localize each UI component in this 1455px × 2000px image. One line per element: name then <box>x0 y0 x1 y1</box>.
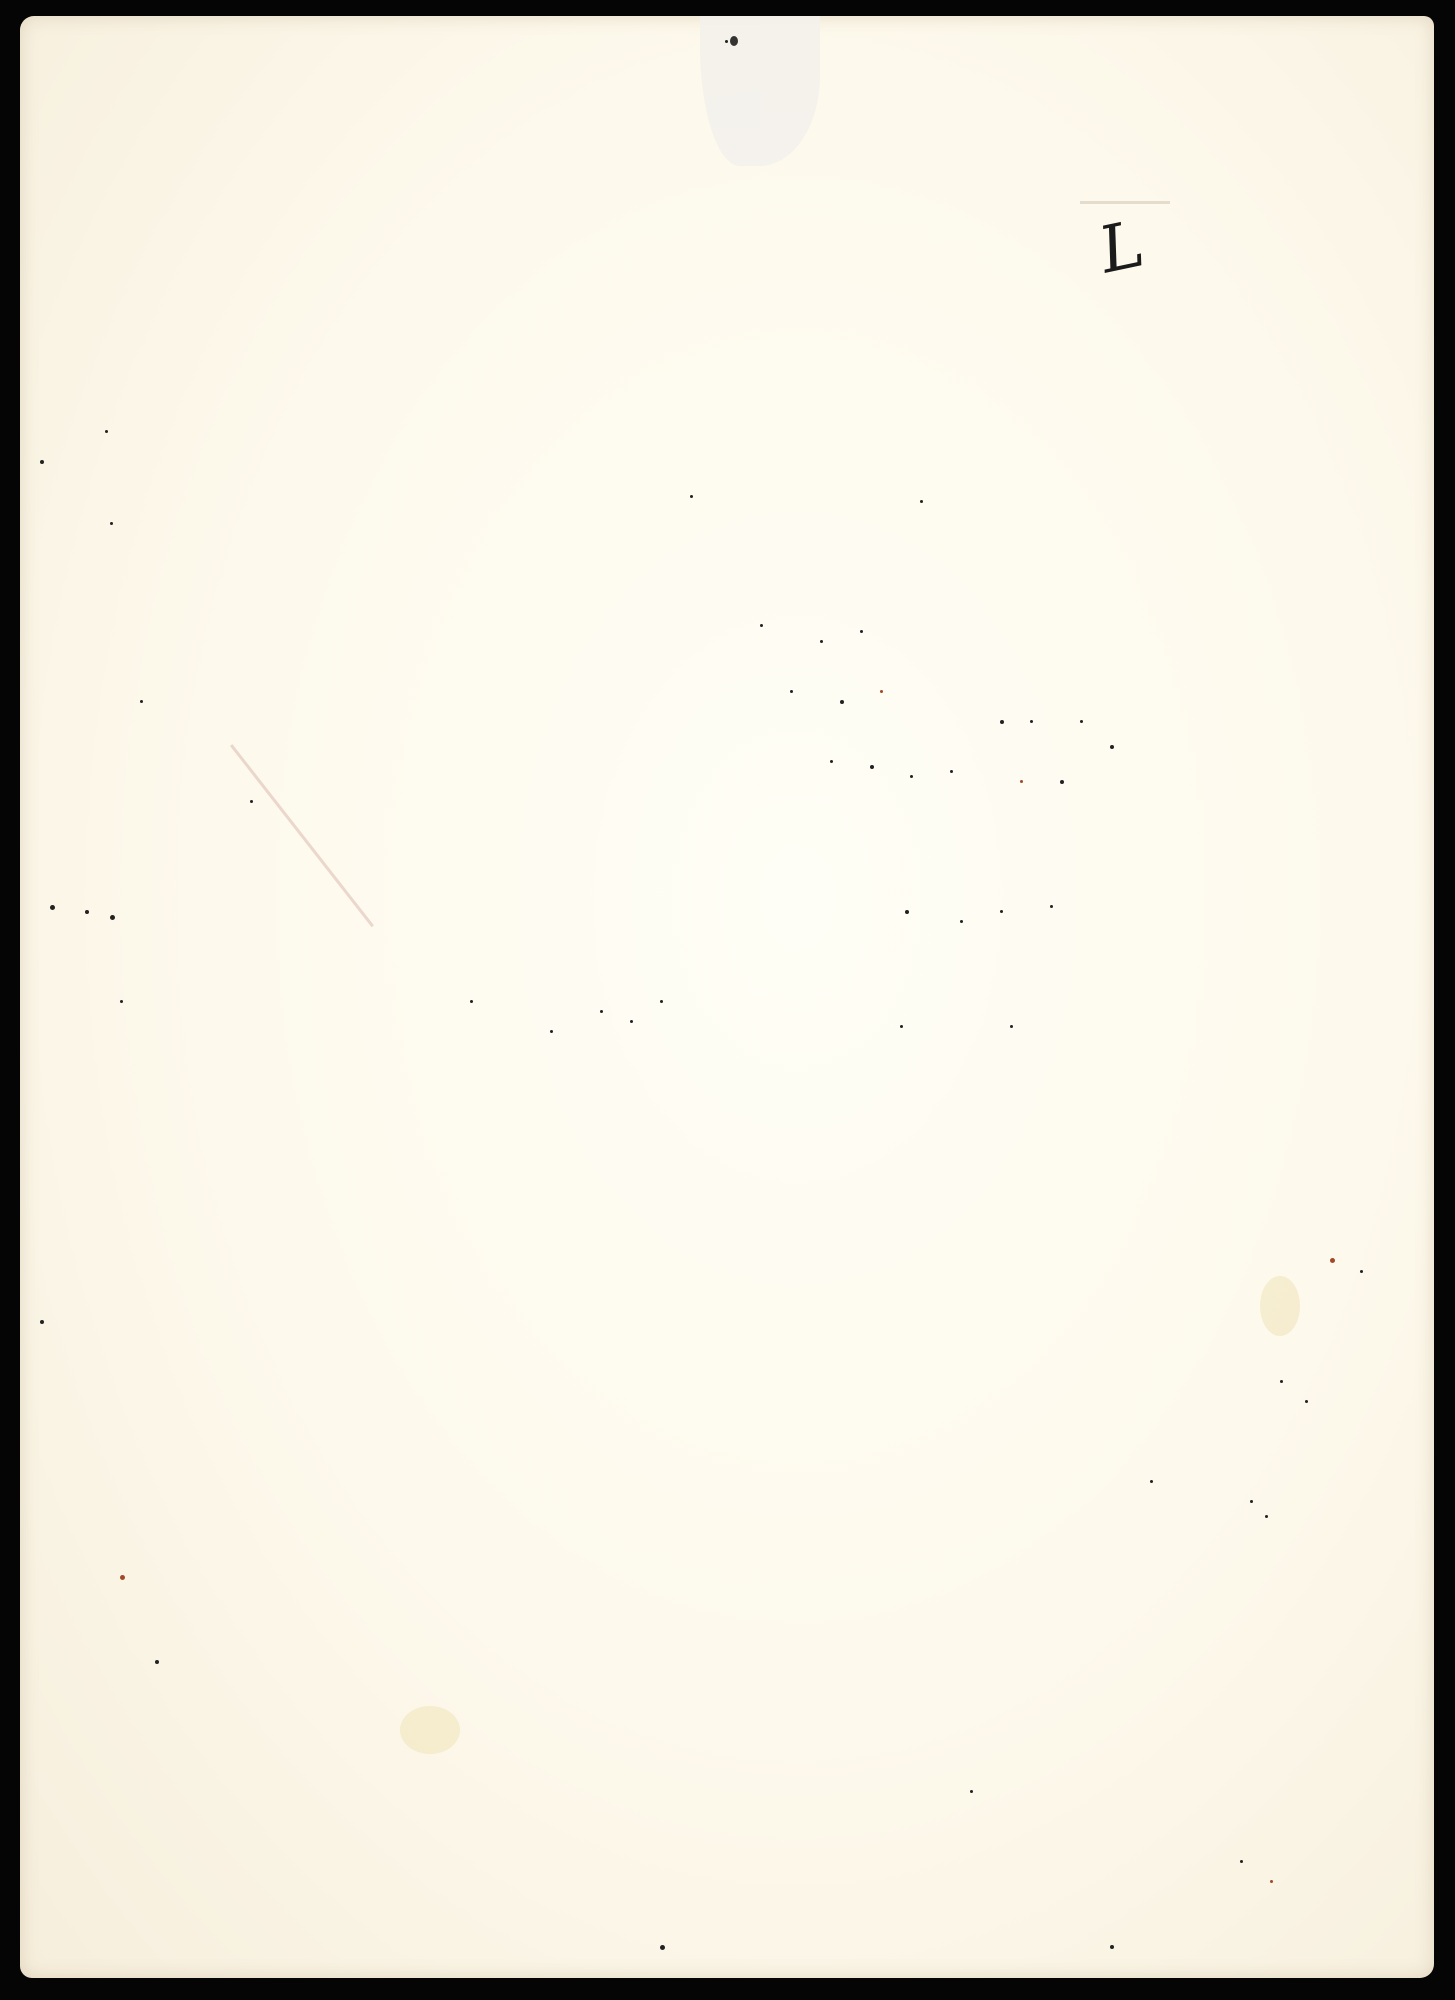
speck <box>1050 905 1053 908</box>
speck <box>820 640 823 643</box>
speck <box>910 775 913 778</box>
speck <box>110 915 115 920</box>
speck <box>1000 720 1004 724</box>
speck <box>860 630 863 633</box>
speck <box>470 1000 473 1003</box>
speck <box>1030 720 1033 723</box>
speck <box>140 700 143 703</box>
speck <box>1250 1500 1253 1503</box>
speck <box>1330 1258 1335 1263</box>
stain <box>1260 1276 1300 1336</box>
speck <box>105 430 108 433</box>
speck <box>1080 720 1083 723</box>
speck <box>1280 1380 1283 1383</box>
photo-card-back: L <box>20 16 1434 1978</box>
speck <box>120 1000 123 1003</box>
speck <box>960 920 963 923</box>
speck <box>970 1790 973 1793</box>
speck <box>1110 1945 1114 1949</box>
speck <box>790 690 793 693</box>
speck <box>630 1020 633 1023</box>
speck <box>920 500 923 503</box>
speck <box>250 800 253 803</box>
speck <box>830 760 833 763</box>
speck <box>870 765 874 769</box>
speck <box>690 495 693 498</box>
speck <box>1305 1400 1308 1403</box>
speck <box>950 770 953 773</box>
faint-pencil-line <box>1080 201 1170 204</box>
speck <box>1060 780 1064 784</box>
speck <box>1000 910 1003 913</box>
worn-patch <box>700 16 820 166</box>
speck <box>840 700 844 704</box>
speck <box>1020 780 1023 783</box>
speck <box>600 1010 603 1013</box>
speck <box>1150 1480 1153 1483</box>
speck <box>660 1000 663 1003</box>
speck <box>725 40 728 43</box>
speck <box>905 910 909 914</box>
handwritten-mark: L <box>1099 211 1143 285</box>
speck <box>85 910 89 914</box>
speck <box>550 1030 553 1033</box>
speck <box>1240 1860 1243 1863</box>
speck <box>1110 745 1114 749</box>
speck <box>760 624 763 627</box>
speck <box>880 690 883 693</box>
speck <box>40 460 44 464</box>
speck <box>40 1320 44 1324</box>
stain <box>400 1706 460 1754</box>
speck <box>1360 1270 1363 1273</box>
speck <box>155 1660 159 1664</box>
speck <box>1265 1515 1268 1518</box>
speck <box>1270 1880 1273 1883</box>
speck <box>50 905 55 910</box>
speck <box>1010 1025 1013 1028</box>
scratch-mark <box>230 744 374 927</box>
speck <box>110 522 113 525</box>
speck <box>660 1945 665 1950</box>
speck <box>900 1025 903 1028</box>
speck <box>120 1575 125 1580</box>
